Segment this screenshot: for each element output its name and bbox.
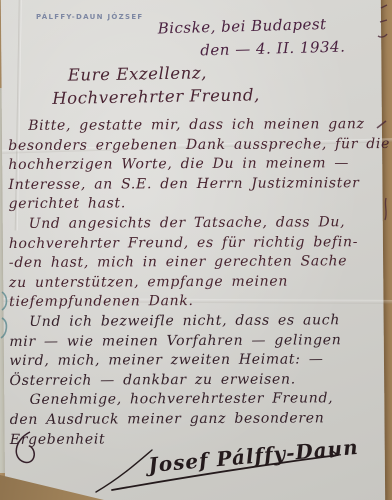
body-line: Interesse, an S.E. den Herrn Justizminis… <box>8 174 386 196</box>
body-line: Und ich bezweifle nicht, dass es auch <box>9 311 387 333</box>
dateline-date: den — 4. II. 1934. <box>158 36 346 64</box>
salutation-line: Eure Exzellenz, <box>68 60 260 86</box>
paragraph: Und angesichts der Tatsache, dass Du, ho… <box>9 213 388 313</box>
body-line: den Ausdruck meiner ganz besonderen <box>10 409 388 431</box>
letterhead-name: PÁLFFY-DAUN JÓZSEF <box>36 13 144 21</box>
body-line: Und angesichts der Tatsache, dass Du, <box>9 213 387 235</box>
body-line: gerichtet hast. <box>9 193 387 215</box>
body-line: -den hast, mich in einer gerechten Sache <box>9 252 387 274</box>
body-line: hochverehrter Freund, es für richtig bef… <box>9 233 387 255</box>
body-line: Bitte, gestatte mir, dass ich meinen gan… <box>8 115 386 137</box>
body-line: zu unterstützen, empfange meinen <box>9 272 387 294</box>
salutation-line: Hochverehrter Freund, <box>52 83 260 110</box>
letter-body: Bitte, gestatte mir, dass ich meinen gan… <box>8 115 388 450</box>
paragraph: Bitte, gestatte mir, dass ich meinen gan… <box>8 115 387 215</box>
body-line: mir — wie meinen Vorfahren — gelingen <box>9 331 387 353</box>
salutation: Eure Exzellenz, Hochverehrter Freund, <box>68 60 261 109</box>
body-line: besonders ergebenen Dank ausspreche, für… <box>8 135 386 157</box>
paragraph: Und ich bezweifle nicht, dass es auch mi… <box>9 311 387 391</box>
body-line: Genehmige, hochverehrtester Freund, <box>10 389 388 411</box>
dateline: Bicske, bei Budapest den — 4. II. 1934. <box>157 13 345 64</box>
letter-photo: PÁLFFY-DAUN JÓZSEF Bicske, bei Budapest … <box>0 0 392 500</box>
body-line: hochherzigen Worte, die Du in meinem — <box>8 154 386 176</box>
body-line: tiefempfundenen Dank. <box>9 291 387 313</box>
body-line: wird, mich, meiner zweiten Heimat: — <box>9 350 387 372</box>
body-line: Österreich — dankbar zu erweisen. <box>9 370 387 392</box>
